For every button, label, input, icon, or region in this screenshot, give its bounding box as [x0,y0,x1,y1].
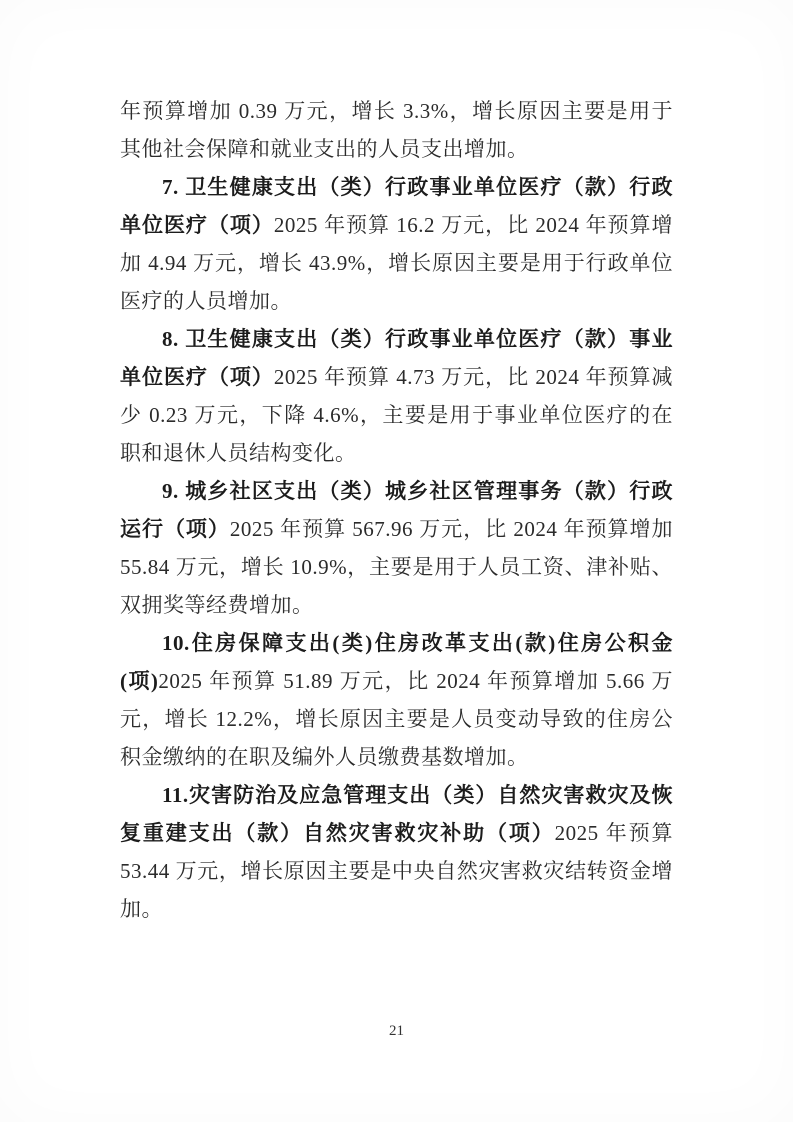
budget-item-11: 11.灾害防治及应急管理支出（类）自然灾害救灾及恢复重建支出（款）自然灾害救灾补… [120,776,673,928]
document-page: 年预算增加 0.39 万元，增长 3.3%，增长原因主要是用于其他社会保障和就业… [0,0,793,1122]
budget-item-9: 9. 城乡社区支出（类）城乡社区管理事务（款）行政运行（项）2025 年预算 5… [120,472,673,624]
budget-item-10: 10.住房保障支出(类)住房改革支出(款)住房公积金(项)2025 年预算 51… [120,624,673,776]
budget-item-8: 8. 卫生健康支出（类）行政事业单位医疗（款）事业单位医疗（项）2025 年预算… [120,320,673,472]
budget-item-7: 7. 卫生健康支出（类）行政事业单位医疗（款）行政单位医疗（项）2025 年预算… [120,168,673,320]
page-number: 21 [0,1021,793,1041]
paragraph-continuation-text: 年预算增加 0.39 万元，增长 3.3%，增长原因主要是用于其他社会保障和就业… [120,99,673,161]
budget-item-10-body: 2025 年预算 51.89 万元，比 2024 年预算增加 5.66 万元，增… [120,669,673,769]
document-body: 年预算增加 0.39 万元，增长 3.3%，增长原因主要是用于其他社会保障和就业… [120,92,673,928]
paragraph-continuation: 年预算增加 0.39 万元，增长 3.3%，增长原因主要是用于其他社会保障和就业… [120,92,673,168]
